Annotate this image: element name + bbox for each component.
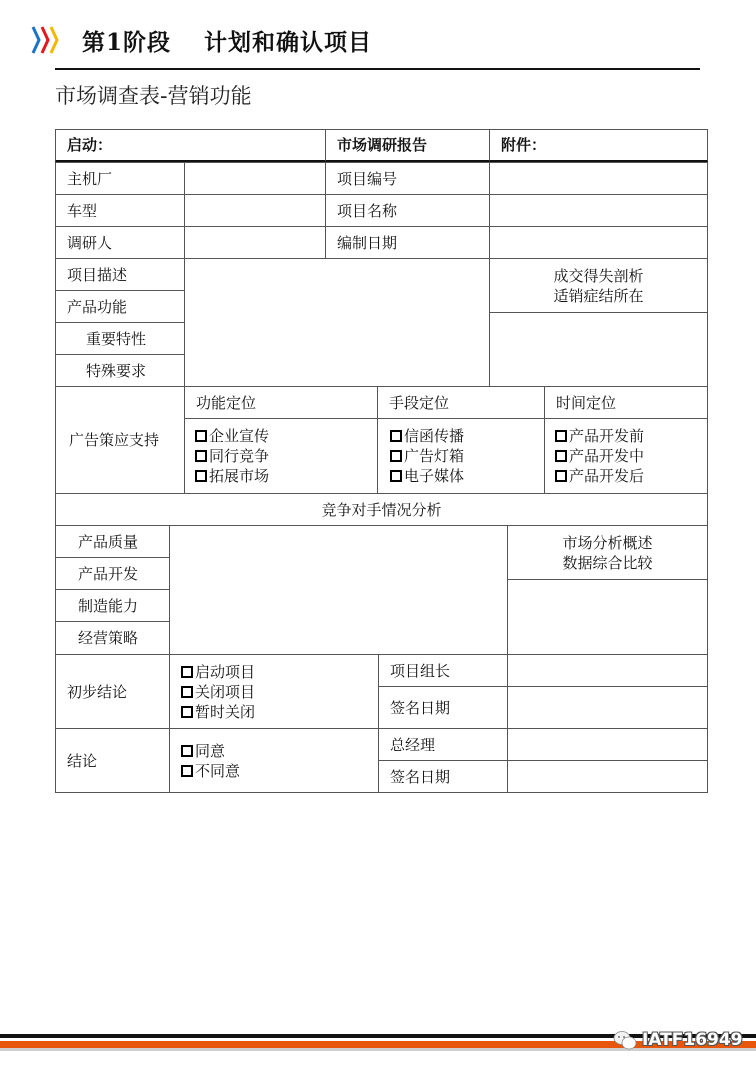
option-label: 拓展市场	[209, 466, 269, 486]
researcher-input[interactable]	[184, 226, 326, 259]
leader-sign-date-label: 签名日期	[390, 698, 450, 718]
option-label: 广告灯箱	[404, 446, 464, 466]
preliminary-conclusion-options: 启动项目 关闭项目 暂时关闭	[169, 654, 379, 729]
time-positioning-options: 产品开发前 产品开发中 产品开发后	[544, 418, 708, 494]
special-requirements-label: 特殊要求	[86, 361, 146, 381]
project-description-label: 项目描述	[67, 265, 127, 285]
preliminary-conclusion-label-cell: 初步结论	[55, 654, 170, 729]
project-name-label-cell: 项目名称	[325, 194, 490, 227]
option-before-development[interactable]: 产品开发前	[555, 426, 644, 446]
researcher-label-cell: 调研人	[55, 226, 185, 259]
deal-analysis-line1: 成交得失剖析	[553, 266, 643, 286]
product-function-label: 产品功能	[67, 297, 127, 317]
key-characteristics-label: 重要特性	[86, 329, 146, 349]
time-positioning-label: 时间定位	[556, 393, 616, 413]
wechat-icon	[612, 1029, 638, 1051]
deal-analysis-line2: 适销症结所在	[553, 286, 643, 306]
option-label: 企业宣传	[209, 426, 269, 446]
option-disagree[interactable]: 不同意	[181, 761, 240, 781]
checkbox-icon[interactable]	[195, 470, 207, 482]
means-positioning-options: 信函传播 广告灯箱 电子媒体	[377, 418, 545, 494]
option-label: 产品开发中	[569, 446, 644, 466]
conclusion-options: 同意 不同意	[169, 728, 379, 793]
report-label: 市场调研报告	[337, 135, 427, 155]
market-analysis-header: 市场分析概述 数据综合比较	[507, 525, 708, 580]
oem-label: 主机厂	[67, 169, 112, 189]
business-strategy-label: 经营策略	[78, 628, 138, 648]
researcher-label: 调研人	[67, 233, 112, 253]
gm-sign-date-label-cell: 签名日期	[378, 760, 508, 793]
start-field[interactable]: 启动：	[55, 129, 326, 162]
competitor-analysis-textarea[interactable]	[169, 525, 508, 655]
attachment-label: 附件：	[501, 135, 546, 155]
market-analysis-line1: 市场分析概述	[562, 533, 652, 553]
general-manager-signature-input[interactable]	[507, 728, 708, 761]
attachment-field[interactable]: 附件：	[489, 129, 708, 162]
compile-date-label: 编制日期	[337, 233, 397, 253]
function-positioning-options: 企业宣传 同行竞争 拓展市场	[184, 418, 378, 494]
project-name-input[interactable]	[489, 194, 708, 227]
option-label: 不同意	[195, 761, 240, 781]
project-number-label: 项目编号	[337, 169, 397, 189]
watermark-text: IATF16949	[642, 1030, 743, 1050]
option-peer-competition[interactable]: 同行竞争	[195, 446, 269, 466]
oem-label-cell: 主机厂	[55, 162, 185, 195]
checkbox-icon[interactable]	[390, 450, 402, 462]
option-label: 暂时关闭	[195, 702, 255, 722]
option-during-development[interactable]: 产品开发中	[555, 446, 644, 466]
project-leader-label-cell: 项目组长	[378, 654, 508, 687]
general-manager-label-cell: 总经理	[378, 728, 508, 761]
option-label: 关闭项目	[195, 682, 255, 702]
market-analysis-textarea[interactable]	[507, 579, 708, 655]
project-leader-label: 项目组长	[390, 661, 450, 681]
gm-sign-date-input[interactable]	[507, 760, 708, 793]
checkbox-icon[interactable]	[555, 470, 567, 482]
oem-input[interactable]	[184, 162, 326, 195]
option-agree[interactable]: 同意	[181, 741, 240, 761]
option-corporate-promotion[interactable]: 企业宣传	[195, 426, 269, 446]
manufacturing-capability-label: 制造能力	[78, 596, 138, 616]
product-development-label: 产品开发	[78, 564, 138, 584]
option-label: 电子媒体	[404, 466, 464, 486]
checkbox-icon[interactable]	[181, 686, 193, 698]
conclusion-label-cell: 结论	[55, 728, 170, 793]
product-function-label-cell: 产品功能	[55, 290, 185, 323]
function-positioning-header: 功能定位	[184, 386, 378, 419]
checkbox-icon[interactable]	[555, 430, 567, 442]
watermark: IATF16949	[612, 1029, 743, 1051]
competitor-analysis-title: 竞争对手情况分析	[55, 493, 708, 526]
checkbox-icon[interactable]	[181, 745, 193, 757]
product-development-label-cell: 产品开发	[55, 557, 170, 590]
option-light-box-ads[interactable]: 广告灯箱	[390, 446, 464, 466]
project-number-input[interactable]	[489, 162, 708, 195]
report-label-cell: 市场调研报告	[325, 129, 490, 162]
option-label: 产品开发后	[569, 466, 644, 486]
checkbox-icon[interactable]	[181, 706, 193, 718]
option-label: 产品开发前	[569, 426, 644, 446]
general-manager-label: 总经理	[390, 735, 435, 755]
function-positioning-label: 功能定位	[196, 393, 256, 413]
option-market-expansion[interactable]: 拓展市场	[195, 466, 269, 486]
start-label: 启动：	[67, 135, 112, 155]
leader-sign-date-label-cell: 签名日期	[378, 686, 508, 729]
business-strategy-label-cell: 经营策略	[55, 621, 170, 655]
preliminary-conclusion-label: 初步结论	[67, 682, 127, 702]
checkbox-icon[interactable]	[181, 666, 193, 678]
option-close-project[interactable]: 关闭项目	[181, 682, 255, 702]
checkbox-icon[interactable]	[195, 450, 207, 462]
checkbox-icon[interactable]	[181, 765, 193, 777]
compile-date-label-cell: 编制日期	[325, 226, 490, 259]
manufacturing-capability-label-cell: 制造能力	[55, 589, 170, 622]
deal-analysis-textarea[interactable]	[489, 312, 708, 387]
project-number-label-cell: 项目编号	[325, 162, 490, 195]
deal-analysis-header: 成交得失剖析 适销症结所在	[489, 258, 708, 313]
option-label: 同意	[195, 741, 225, 761]
project-description-label-cell: 项目描述	[55, 258, 185, 291]
conclusion-label: 结论	[67, 751, 97, 771]
checkbox-icon[interactable]	[555, 450, 567, 462]
option-mail-campaign[interactable]: 信函传播	[390, 426, 464, 446]
option-start-project[interactable]: 启动项目	[181, 662, 255, 682]
vehicle-model-label-cell: 车型	[55, 194, 185, 227]
key-characteristics-label-cell: 重要特性	[55, 322, 185, 355]
market-survey-form: 启动： 市场调研报告 附件： 主机厂 项目编号 车型 项目名称 调研人 编制日期…	[0, 0, 756, 1070]
checkbox-icon[interactable]	[390, 470, 402, 482]
vehicle-model-input[interactable]	[184, 194, 326, 227]
project-leader-signature-input[interactable]	[507, 654, 708, 687]
option-temporarily-close[interactable]: 暂时关闭	[181, 702, 255, 722]
time-positioning-header: 时间定位	[544, 386, 708, 419]
vehicle-model-label: 车型	[67, 201, 97, 221]
product-quality-label-cell: 产品质量	[55, 525, 170, 558]
means-positioning-header: 手段定位	[377, 386, 545, 419]
advertising-support-label-cell: 广告策应支持	[55, 386, 185, 494]
compile-date-input[interactable]	[489, 226, 708, 259]
description-textarea[interactable]	[184, 258, 490, 387]
means-positioning-label: 手段定位	[389, 393, 449, 413]
project-name-label: 项目名称	[337, 201, 397, 221]
checkbox-icon[interactable]	[195, 430, 207, 442]
option-electronic-media[interactable]: 电子媒体	[390, 466, 464, 486]
checkbox-icon[interactable]	[390, 430, 402, 442]
option-label: 信函传播	[404, 426, 464, 446]
option-label: 启动项目	[195, 662, 255, 682]
gm-sign-date-label: 签名日期	[390, 767, 450, 787]
product-quality-label: 产品质量	[78, 532, 138, 552]
market-analysis-line2: 数据综合比较	[562, 553, 652, 573]
competitor-analysis-label: 竞争对手情况分析	[321, 500, 441, 520]
leader-sign-date-input[interactable]	[507, 686, 708, 729]
special-requirements-label-cell: 特殊要求	[55, 354, 185, 387]
option-after-development[interactable]: 产品开发后	[555, 466, 644, 486]
advertising-support-label: 广告策应支持	[69, 430, 159, 450]
option-label: 同行竞争	[209, 446, 269, 466]
